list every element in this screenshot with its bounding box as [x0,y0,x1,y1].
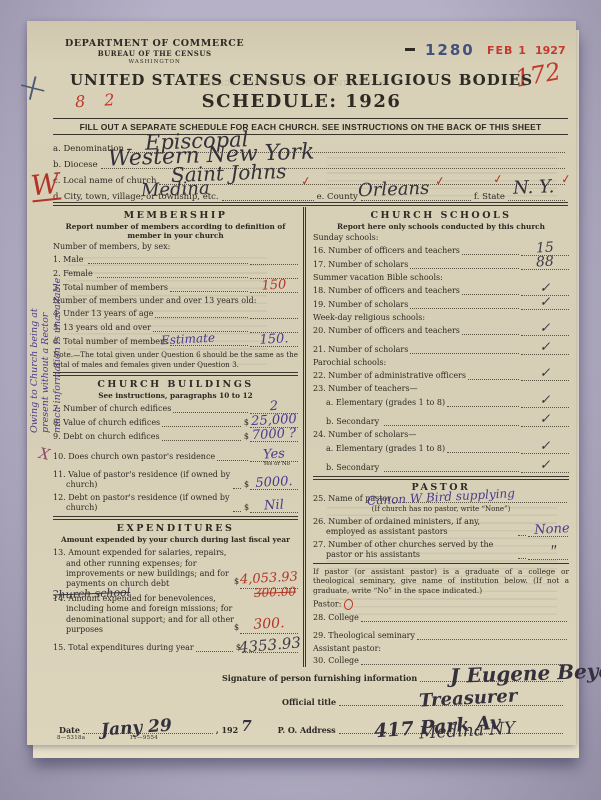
q25-note: (If church has no pastor, write “None”) [313,505,569,514]
yes-or-no-caption: Yes or No [263,461,290,468]
pastor-label: Pastor: [313,599,569,610]
handwritten-signature: J Eugene Beyer [450,658,601,688]
checkmark-q22: ✓ [539,366,551,383]
q14-answer-line: $ 300. [240,623,298,634]
handwritten-po-city: Medina NY [419,718,516,743]
dotted-leader [217,460,248,461]
bureau-city: WASHINGTON [65,59,244,66]
checkmark-q21: ✓ [539,340,551,357]
q23b-answer-line: ✓ [521,416,569,427]
checkmark-q24b: ✓ [539,458,551,475]
handwritten-state: N. Y. [513,176,555,198]
group-label: Parochial schools: [313,358,569,367]
identification-fields: a. Denomination b. Diocese c. Local name… [53,138,568,202]
pastor-label-text: Pastor: [313,599,341,608]
right-column: CHURCH SCHOOLS Report here only schools … [305,207,569,667]
q3-answer-line: 150 [250,282,298,293]
q5-label: 5. 13 years old and over [53,323,151,333]
question-row-4: 4. Under 13 years of age [53,308,298,319]
q11-answer-line: 5000. [250,479,298,490]
assistant-pastor-label: Assistant pastor: [313,644,569,653]
q23-label: 23. Number of teachers— [313,384,418,394]
dotted-leader: Canon W Bird supplying [393,502,567,503]
red-check-county: ✓ [434,173,446,188]
church-schools-heading: CHURCH SCHOOLS [313,210,569,221]
date-line: Jany 29 [83,733,213,734]
dotted-leader [155,317,248,318]
handwritten-county: Orleans [358,178,430,201]
q26-answer-line: None [528,526,569,537]
q22-answer-line: ✓ [521,370,569,381]
membership-heading: MEMBERSHIP [53,210,298,221]
field-city-county-state: d. City, town, village, or township, etc… [53,186,568,202]
received-stamp-number: 1280 [425,41,475,59]
dotted-leader [88,263,248,264]
church-buildings-heading: CHURCH BUILDINGS [53,379,298,390]
question-row-27: 27. Number of other churches served by t… [313,540,569,560]
official-title-row: Official title Treasurer [282,697,566,707]
field-b-label: b. Diocese [53,160,98,170]
section-rule [53,372,298,376]
q13-label: 13. Amount expended for salaries, repair… [53,548,229,588]
group-label: Summer vacation Bible schools: [313,273,569,282]
handwritten-estimate: Estimate [160,331,215,349]
q12-answer-line: Nil [250,502,298,513]
q26-label: 26. Number of ordained ministers, if any… [313,517,516,537]
group-label: Number of members under and over 13 year… [53,296,298,305]
date-label: Date [59,725,80,735]
question-row-7: 7. Number of church edifices 2 [53,403,298,414]
red-check-state: ✓ [492,171,504,186]
checkmark-q23b: ✓ [539,412,551,429]
po-address-label: P. O. Address [278,725,336,735]
q22-label: 22. Number of administrative officers [313,371,466,381]
horizontal-rule [53,202,568,206]
ditto-mark-q27: ＂ [545,544,559,561]
bureau-name: BUREAU OF THE CENSUS [65,50,244,59]
dotted-line [508,200,565,201]
q19-label: 19. Number of scholars [313,300,408,310]
margin-annotation-line3: much information is unavailable [52,179,63,433]
question-row-15: 15. Total expenditures during year $ 435… [53,642,298,653]
church-schools-subheading: Report here only schools conducted by th… [313,222,569,231]
q23b-label: b. Secondary [313,417,382,427]
q4-label: 4. Under 13 years of age [53,309,153,319]
dotted-leader [361,621,567,622]
dotted-leader [447,406,519,407]
q30-label: 30. College [313,656,359,666]
question-row-25: 25. Name of pastor Canon W Bird supplyin… [313,494,569,504]
crossed-out-amount: 300.00 [267,584,297,601]
dotted-leader [196,651,233,652]
dotted-leader [233,488,241,489]
dotted-leader [417,639,567,640]
dollar-sign: $ [234,577,239,587]
q4-answer-line [250,308,298,319]
q23a-label: a. Elementary (grades 1 to 8) [313,398,445,408]
q21-answer-line: ✓ [521,344,569,355]
dotted-leader [410,268,519,269]
q1-answer-line [250,254,298,265]
handwritten-q17-value: 88 [536,253,555,271]
dotted-leader [462,334,519,335]
checkmark-q19: ✓ [539,295,551,312]
question-row-16: 16. Number of officers and teachers 15 [313,245,569,256]
dotted-leader [410,308,519,309]
dotted-leader [173,412,248,413]
form-schedule-year: SCHEDULE: 1926 [27,91,576,112]
q16-label: 16. Number of officers and teachers [313,246,460,256]
q8-label: 8. Value of church edifices [53,418,160,428]
membership-subheading: Report number of members according to de… [53,222,298,240]
q17-label: 17. Number of scholars [313,260,408,270]
q20-answer-line: ✓ [521,325,569,336]
handwritten-q9-value: 7000 ? [252,426,297,445]
question-row-1: 1. Male [53,254,298,265]
dotted-line [222,200,314,201]
question-row-26: 26. Number of ordained ministers, if any… [313,517,569,537]
question-row-29: 29. Theological seminary [313,631,569,641]
dotted-leader [468,379,519,380]
margin-annotation-line2: present without a Rector [40,179,51,433]
official-title-label: Official title [282,697,336,707]
checkmark-q23a: ✓ [539,393,551,410]
q19-answer-line: ✓ [521,299,569,310]
section-rule [313,476,569,480]
question-row-17: 17. Number of scholars 88 [313,259,569,270]
question-row-14: 14. Amount expended for benevolences, in… [53,594,298,636]
q15-label: 15. Total expenditures during year [53,643,194,653]
dotted-leader [384,425,519,426]
question-row-24: 24. Number of scholars— [313,430,569,440]
signature-label: Signature of person furnishing informati… [222,673,417,683]
dotted-leader [170,291,248,292]
question-row-8: 8. Value of church edifices $ 25,000 [53,417,298,428]
dotted-leader [462,254,519,255]
q17-answer-line: 88 [521,259,569,270]
red-circle-mark [343,598,354,611]
signature-row: Signature of person furnishing informati… [222,673,566,683]
membership-note: Note.—The total given under Question 6 s… [53,350,298,369]
question-row-19: 19. Number of scholars ✓ [313,299,569,310]
dotted-leader [162,440,241,441]
dotted-leader [162,426,241,427]
group-label: Sunday schools: [313,233,569,242]
group-label: Week-day religious schools: [313,313,569,322]
handwritten-q14-value: 300. [253,614,285,634]
question-row-23b: b. Secondary ✓ [313,416,569,427]
question-row-23: 23. Number of teachers— [313,384,569,394]
field-f-label: f. State [474,192,505,202]
dotted-leader [384,471,519,472]
handwritten-official-title: Treasurer [419,685,518,711]
q21-label: 21. Number of scholars [313,345,408,355]
fill-out-instruction-banner: FILL OUT A SEPARATE SCHEDULE FOR EACH CH… [53,118,568,135]
handwritten-q3-value: 150 [261,277,287,295]
dotted-leader [462,294,519,295]
q24b-answer-line: ✓ [521,462,569,473]
handwritten-q26-value: None [534,521,569,539]
q6-label: 6. Total number of members [53,337,168,347]
question-row-24a: a. Elementary (grades 1 to 8) ✓ [313,443,569,454]
question-row-3: 3. Total number of members 150 [53,282,298,293]
form-title: UNITED STATES CENSUS OF RELIGIOUS BODIES [27,71,576,89]
form-number-right: 11—9554 [129,735,158,741]
q15-answer-line: 4353.93 [242,642,298,653]
handwritten-year-digit: 7 [241,717,251,735]
margin-annotation-line1: Owing to Church being at [29,179,40,433]
dotted-leader [518,558,526,559]
q10-label: 10. Does church own pastor's residence [53,452,215,462]
dotted-leader [233,511,241,512]
checkmark-q24a: ✓ [539,439,551,456]
dollar-sign: $ [244,432,249,442]
margin-x-mark: X [37,444,51,464]
q12-label: 12. Debt on pastor's residence (if owned… [53,493,231,513]
left-column: MEMBERSHIP Report number of members acco… [53,207,304,667]
field-e-label: e. County [317,192,358,202]
q11-label: 11. Value of pastor's residence (if owne… [53,470,231,490]
red-margin-check: ✓ [305,281,310,299]
q27-answer-line: ＂ [528,549,569,560]
q23a-answer-line: ✓ [521,397,569,408]
handwritten-q12-value: Nil [264,497,285,514]
dollar-sign: $ [234,623,239,633]
dotted-leader [518,535,526,536]
question-row-18: ✓ 18. Number of officers and teachers ✓ [313,285,569,296]
q18-label: 18. Number of officers and teachers [313,286,460,296]
q29-label: 29. Theological seminary [313,631,415,641]
q24a-label: a. Elementary (grades 1 to 8) [313,444,445,454]
question-row-28: 28. College [313,613,569,623]
handwritten-q15-value: 4353.93 [238,633,301,657]
red-check-state-2: ✓ [560,171,572,186]
q28-label: 28. College [313,613,359,623]
q7-label: 7. Number of church edifices [53,404,171,414]
form-numbers: 8—5318a 11—9554 [57,735,200,741]
q9-label: 9. Debt on church edifices [53,432,160,442]
section-rule [53,516,298,520]
received-stamp-date: FEB 1 [487,44,527,57]
ink-dash-mark [405,48,415,51]
q24a-answer-line: ✓ [521,443,569,454]
handwritten-q6-value: 150. [259,331,289,349]
margin-annotation: Owing to Church being at present without… [29,179,63,433]
graduate-instruction-note: If pastor (or assistant pastor) is a gra… [313,567,569,596]
form-body-columns: MEMBERSHIP Report number of members acco… [53,207,569,667]
dotted-leader: Estimate [170,345,248,346]
q24-label: 24. Number of scholars— [313,430,416,440]
question-row-23a: a. Elementary (grades 1 to 8) ✓ [313,397,569,408]
q24b-label: b. Secondary [313,463,382,473]
dotted-leader [97,277,248,278]
census-schedule-form: INSTRUCTIONS FOR FILLING OUT SCHEDULE DE… [27,21,576,745]
question-row-2: 2. Female [53,268,298,279]
received-stamp-year: 1927 [535,44,566,57]
expenditures-subheading: Amount expended by your church during la… [53,535,298,544]
checkmark-q20: ✓ [539,321,551,338]
agency-block: DEPARTMENT OF COMMERCE BUREAU OF THE CEN… [65,38,244,66]
q6-answer-line: 150. [250,336,298,347]
question-row-20: 20. Number of officers and teachers ✓ [313,325,569,336]
dollar-sign: $ [244,418,249,428]
crossed-out-church-school: Church school [63,586,131,603]
dollar-sign: $ [244,503,249,513]
question-row-13: 13. Amount expended for salaries, repair… [53,548,298,590]
red-margin-check: ✓ [305,340,310,358]
question-row-22: 22. Number of administrative officers ✓ [313,370,569,381]
dotted-leader [447,452,519,453]
question-row-11: 11. Value of pastor's residence (if owne… [53,470,298,490]
q9-answer-line: 7000 ? [250,431,298,442]
handwritten-city: Medina [141,178,210,201]
question-row-21: ✓ 21. Number of scholars ✓ [313,344,569,355]
question-row-10: 10. Does church own pastor's residence Y… [53,451,298,462]
signature-line: J Eugene Beyer [420,681,563,682]
q27-label: 27. Number of other churches served by t… [313,540,516,560]
group-label: Number of members, by sex: [53,242,298,251]
printed-year-prefix: , 192 [216,725,238,735]
q3-label: 3. Total number of members [53,283,168,293]
question-row-6: 6. Total number of members Estimate 150. [53,336,298,347]
handwritten-q11-value: 5000. [255,474,293,492]
official-title-line: Treasurer [339,705,563,706]
q10-answer-line: Yes Yes or No [250,451,298,462]
question-row-12: 12. Debt on pastor's residence (if owned… [53,493,298,513]
red-check-city: ✓ [300,173,312,188]
expenditures-heading: EXPENDITURES [53,523,298,534]
q20-label: 20. Number of officers and teachers [313,326,460,336]
form-number-left: 8—5318a [57,735,85,741]
thin-rule [313,563,569,564]
dotted-leader [410,353,519,354]
question-row-5: 5. 13 years old and over [53,322,298,333]
dollar-sign: $ [244,480,249,490]
church-buildings-subheading: See instructions, paragraphs 10 to 12 [53,391,298,400]
question-row-24b: b. Secondary ✓ [313,462,569,473]
question-row-9: 9. Debt on church edifices $ 7000 ? [53,431,298,442]
